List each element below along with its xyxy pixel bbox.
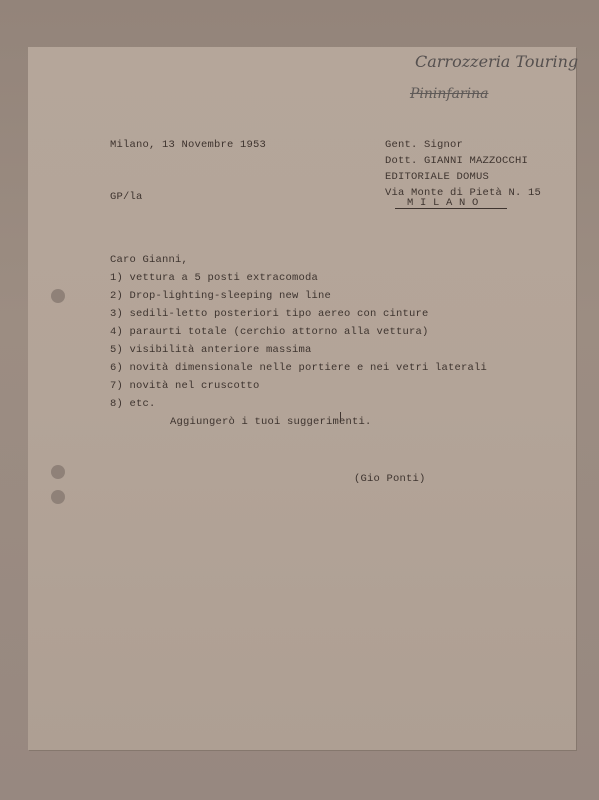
list-item: 2) Drop-lighting-sleeping new line (110, 290, 331, 302)
recipient-line: Gent. Signor (385, 139, 463, 151)
list-item: 5) visibilità anteriore massima (110, 344, 312, 356)
handwritten-struck-annotation: Pininfarina (410, 86, 488, 102)
salutation: Caro Gianni, (110, 254, 188, 266)
punch-hole (51, 289, 65, 303)
closing-line: Aggiungerò i tuoi suggerimenti. (170, 416, 372, 428)
list-item: 1) vettura a 5 posti extracomoda (110, 272, 318, 284)
reference-code: GP/la (110, 191, 143, 203)
punch-hole (51, 465, 65, 479)
city-underline (395, 208, 507, 209)
list-item: 8) etc. (110, 398, 156, 410)
punch-hole (51, 490, 65, 504)
list-item: 3) sedili-letto posteriori tipo aereo co… (110, 308, 429, 320)
handwritten-annotation: Carrozzeria Touring (415, 52, 578, 71)
place-date: Milano, 13 Novembre 1953 (110, 139, 266, 151)
signature: (Gio Ponti) (354, 473, 426, 485)
recipient-line: EDITORIALE DOMUS (385, 171, 489, 183)
list-item: 6) novità dimensionale nelle portiere e … (110, 362, 487, 374)
list-item: 4) paraurti totale (cerchio attorno alla… (110, 326, 429, 338)
recipient-line: Dott. GIANNI MAZZOCCHI (385, 155, 528, 167)
list-item: 7) novità nel cruscotto (110, 380, 260, 392)
typewriter-mark (340, 412, 341, 422)
